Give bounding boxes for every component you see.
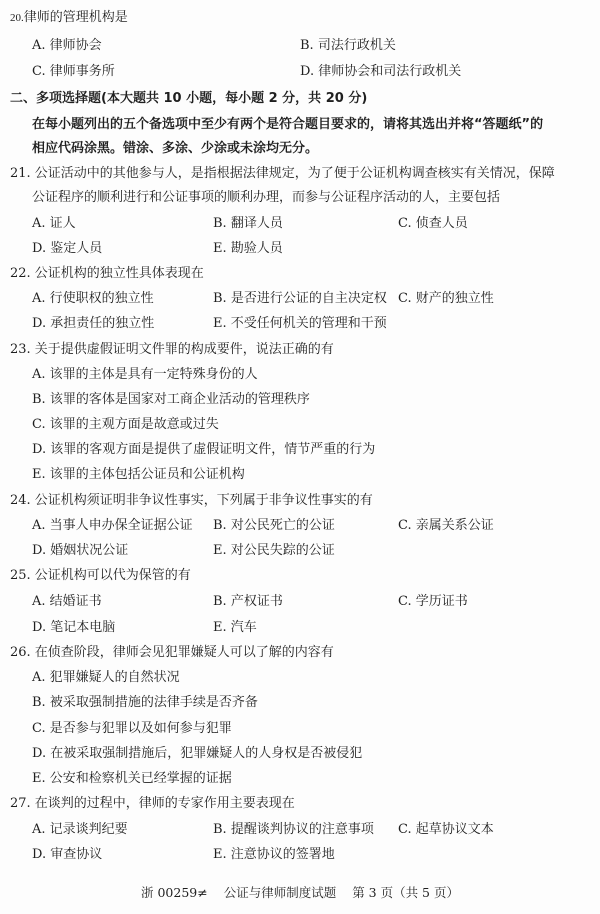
question-20-stem: 20.律师的管理机构是	[10, 10, 128, 26]
section-2-instruction-line1: 在每小题列出的五个备选项中至少有两个是符合题目要求的，请将其选出并将“答题纸”的	[32, 117, 543, 133]
q24-option-b: B. 对公民死亡的公证	[213, 518, 335, 534]
q23-option-e: E. 该罪的主体包括公证员和公证机构	[32, 467, 245, 483]
q21-option-d: D. 鉴定人员	[32, 241, 102, 257]
page-footer: 浙 00259≠ 公证与律师制度试题 第 3 页（共 5 页）	[0, 885, 600, 901]
q21-option-b: B. 翻译人员	[213, 216, 283, 232]
q22-option-d: D. 承担责任的独立性	[32, 316, 154, 332]
q27-option-c: C. 起草协议文本	[398, 822, 494, 838]
question-24-stem: 24. 公证机构须证明非争议性事实，下列属于非争议性事实的有	[10, 493, 373, 509]
section-2-title: 二、多项选择题(本大题共 10 小题，每小题 2 分，共 20 分)	[10, 91, 367, 107]
q23-option-c: C. 该罪的主观方面是故意或过失	[32, 417, 219, 433]
q24-option-c: C. 亲属关系公证	[398, 518, 494, 534]
q21-option-a: A. 证人	[32, 216, 76, 232]
q25-option-b: B. 产权证书	[213, 594, 283, 610]
exam-page: 20.律师的管理机构是 A. 律师协会 B. 司法行政机关 C. 律师事务所 D…	[0, 0, 600, 914]
q23-option-b: B. 该罪的客体是国家对工商企业活动的管理秩序	[32, 392, 310, 408]
q27-option-a: A. 记录谈判纪要	[32, 822, 128, 838]
q21-option-c: C. 侦查人员	[398, 216, 468, 232]
question-20-number: 20.	[10, 12, 24, 24]
q23-option-d: D. 该罪的客观方面是提供了虚假证明文件，情节严重的行为	[32, 442, 375, 458]
q26-option-c: C. 是否参与犯罪以及如何参与犯罪	[32, 721, 232, 737]
q27-option-d: D. 审查协议	[32, 847, 102, 863]
question-22-stem: 22. 公证机构的独立性具体表现在	[10, 266, 204, 282]
q24-option-e: E. 对公民失踪的公证	[213, 543, 335, 559]
q26-option-d: D. 在被采取强制措施后，犯罪嫌疑人的人身权是否被侵犯	[32, 746, 362, 762]
question-26-stem: 26. 在侦查阶段，律师会见犯罪嫌疑人可以了解的内容有	[10, 645, 334, 661]
q21-option-e: E. 勘验人员	[213, 241, 283, 257]
section-2-instruction-line2: 相应代码涂黑。错涂、多涂、少涂或未涂均无分。	[32, 141, 318, 157]
question-21-stem-line1: 21. 公证活动中的其他参与人，是指根据法律规定，为了便于公证机构调查核实有关情…	[10, 166, 555, 182]
q27-option-b: B. 提醒谈判协议的注意事项	[213, 822, 374, 838]
q22-option-a: A. 行使职权的独立性	[32, 291, 154, 307]
question-23-stem: 23. 关于提供虚假证明文件罪的构成要件，说法正确的有	[10, 342, 334, 358]
q26-option-e: E. 公安和检察机关已经掌握的证据	[32, 771, 232, 787]
q25-option-a: A. 结婚证书	[32, 594, 102, 610]
q25-option-d: D. 笔记本电脑	[32, 620, 115, 636]
q25-option-e: E. 汽车	[213, 620, 257, 636]
question-25-stem: 25. 公证机构可以代为保管的有	[10, 568, 191, 584]
q24-option-d: D. 婚姻状况公证	[32, 543, 128, 559]
q20-option-b: B. 司法行政机关	[300, 38, 396, 54]
q20-option-c: C. 律师事务所	[32, 64, 115, 80]
q23-option-a: A. 该罪的主体是具有一定特殊身份的人	[32, 367, 258, 383]
question-21-stem-line2: 公证程序的顺利进行和公证事项的顺利办理，而参与公证程序活动的人，主要包括	[32, 190, 500, 206]
q20-option-d: D. 律师协会和司法行政机关	[300, 64, 461, 80]
q20-option-a: A. 律师协会	[32, 38, 102, 54]
q24-option-a: A. 当事人申办保全证据公证	[32, 518, 193, 534]
q26-option-a: A. 犯罪嫌疑人的自然状况	[32, 670, 180, 686]
page-number: 第 3 页（共 5 页）	[352, 885, 459, 900]
q26-option-b: B. 被采取强制措施的法律手续是否齐备	[32, 695, 258, 711]
q27-option-e: E. 注意协议的签署地	[213, 847, 335, 863]
q22-option-b: B. 是否进行公证的自主决定权	[213, 291, 387, 307]
q25-option-c: C. 学历证书	[398, 594, 468, 610]
question-27-stem: 27. 在谈判的过程中，律师的专家作用主要表现在	[10, 796, 295, 812]
q22-option-c: C. 财产的独立性	[398, 291, 494, 307]
exam-code: 浙 00259≠	[141, 885, 208, 900]
exam-title: 公证与律师制度试题	[224, 885, 337, 900]
q22-option-e: E. 不受任何机关的管理和干预	[213, 316, 387, 332]
